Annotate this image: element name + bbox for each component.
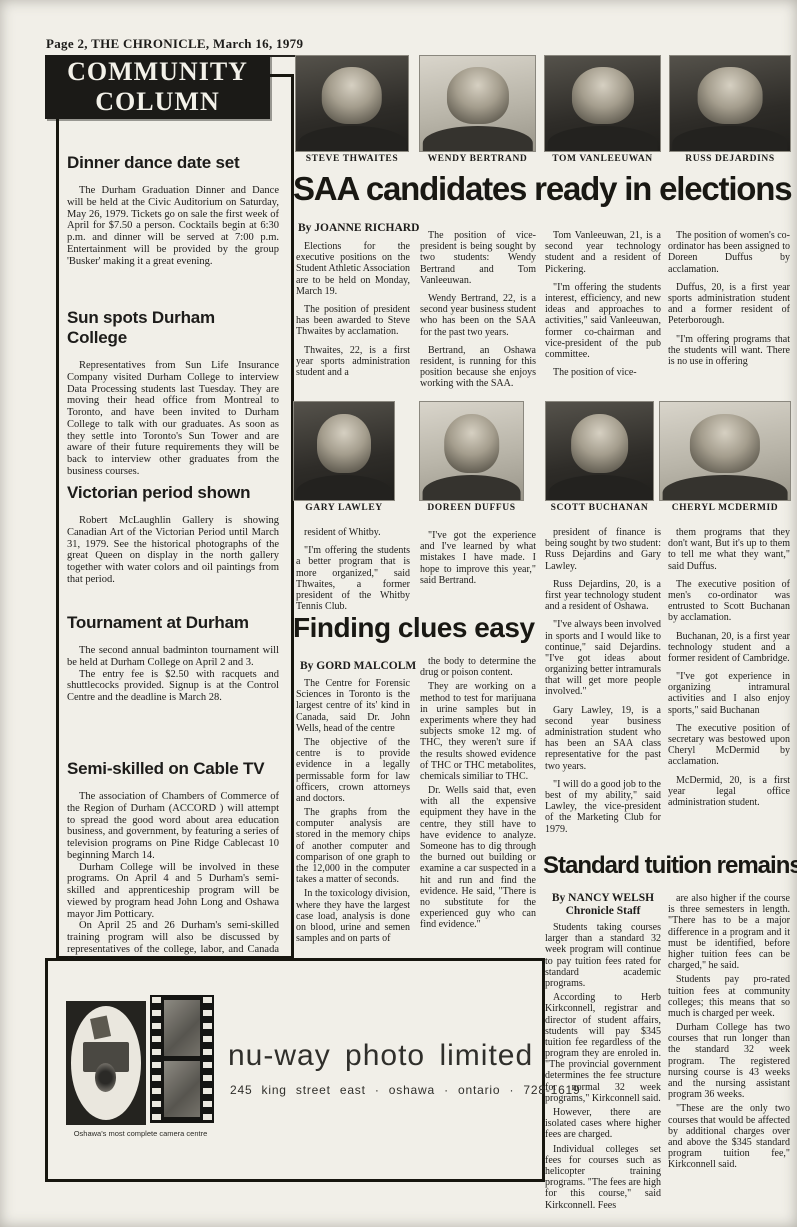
saa-col1-bottom: resident of Whitby."I'm offering the stu…: [296, 527, 410, 617]
filmstrip-icon: [150, 995, 214, 1123]
tuition-col1: Students taking courses larger than a st…: [545, 922, 661, 1218]
ad-address: 245 king street east · oshawa · ontario …: [230, 1083, 581, 1097]
filmstrip-frame: [164, 1061, 200, 1117]
article-semi-skilled: Semi-skilled on Cable TV The association…: [67, 759, 279, 967]
finding-clues-col2: the body to determine the drug or poison…: [420, 656, 536, 952]
photo-wendy-bertrand: WENDY BERTRAND: [420, 56, 535, 164]
photo-steve-thwaites: STEVE THWAITES: [296, 56, 408, 164]
saa-col2-bottom: "I've got the experience and I've learne…: [420, 530, 536, 610]
photo-caption: CHERYL MCDERMID: [660, 503, 790, 513]
article-body: The association of Chambers of Commerce …: [67, 791, 279, 967]
article-headline: Sun spots Durham College: [67, 308, 279, 348]
filmstrip-frame: [164, 1000, 200, 1056]
photo-caption: SCOTT BUCHANAN: [546, 503, 653, 513]
finding-clues-headline: Finding clues easy: [293, 612, 540, 644]
photo-gary-lawley: GARY LAWLEY: [294, 402, 394, 513]
photo-caption: RUSS DEJARDINS: [670, 154, 790, 164]
article-body: The Durham Graduation Dinner and Dance w…: [67, 185, 279, 267]
finding-clues-col1: The Centre for Forensic Sciences in Toro…: [296, 678, 410, 950]
article-victorian-period: Victorian period shown Robert McLaughlin…: [67, 483, 279, 586]
portrait-photo: [660, 402, 790, 500]
article-headline: Dinner dance date set: [67, 153, 279, 173]
article-sun-spots: Sun spots Durham College Representatives…: [67, 308, 279, 478]
photo-caption: STEVE THWAITES: [296, 154, 408, 164]
portrait-photo: [670, 56, 790, 151]
tuition-byline2: Chronicle Staff: [545, 905, 661, 917]
tuition-headline: Standard tuition remains: [543, 852, 795, 880]
article-headline: Semi-skilled on Cable TV: [67, 759, 279, 779]
finding-clues-byline: By GORD MALCOLM: [300, 660, 416, 672]
article-body: Robert McLaughlin Gallery is showing Can…: [67, 515, 279, 586]
camera-flash-icon: [90, 1016, 111, 1040]
community-column-box: Dinner dance date set The Durham Graduat…: [56, 74, 294, 959]
article-tournament: Tournament at Durham The second annual b…: [67, 613, 279, 704]
tuition-col2: are also higher if the course is three s…: [668, 893, 790, 1217]
article-headline: Victorian period shown: [67, 483, 279, 503]
portrait-photo: [546, 402, 653, 500]
portrait-photo: [420, 56, 535, 151]
saa-col1-top: Elections for the executive positions on…: [296, 241, 410, 399]
article-body: The second annual badminton tournament w…: [67, 645, 279, 704]
photo-doreen-duffus: DOREEN DUFFUS: [420, 402, 523, 513]
saa-col4-bottom: them programs that they don't want, But …: [668, 527, 790, 845]
ad-brand-name: nu-way photo limited: [228, 1039, 533, 1073]
saa-headline: SAA candidates ready in elections: [293, 170, 795, 208]
portrait-photo: [294, 402, 394, 500]
saa-byline: By JOANNE RICHARD: [298, 222, 419, 234]
article-headline: Tournament at Durham: [67, 613, 279, 633]
article-body: Representatives from Sun Life Insurance …: [67, 360, 279, 478]
newspaper-page: Page 2, THE CHRONICLE, March 16, 1979 Di…: [0, 0, 797, 1227]
nuway-ad-box: Oshawa's most complete camera centre nu-…: [45, 958, 545, 1182]
camera-oval-graphic: [71, 1006, 141, 1120]
tuition-byline: By NANCY WELSH: [545, 892, 661, 904]
saa-col3-top: Tom Vanleeuwan, 21, is a second year tec…: [545, 230, 661, 400]
photo-caption: DOREEN DUFFUS: [420, 503, 523, 513]
article-dinner-dance: Dinner dance date set The Durham Graduat…: [67, 153, 279, 267]
portrait-photo: [545, 56, 660, 151]
photo-caption: TOM VANLEEUWAN: [545, 154, 660, 164]
saa-col3-bottom: president of finance is being sought by …: [545, 527, 661, 847]
photo-cheryl-mcdermid: CHERYL MCDERMID: [660, 402, 790, 513]
photo-tom-vanleeuwan: TOM VANLEEUWAN: [545, 56, 660, 164]
community-column-title: COMMUNITY COLUMN: [45, 55, 270, 119]
portrait-photo: [296, 56, 408, 151]
portrait-photo: [420, 402, 523, 500]
masthead: Page 2, THE CHRONICLE, March 16, 1979: [46, 36, 313, 57]
photo-russ-dejardins: RUSS DEJARDINS: [670, 56, 790, 164]
ad-tagline: Oshawa's most complete camera centre: [58, 1129, 223, 1138]
camera-lens-icon: [95, 1063, 116, 1092]
camera-illustration: [66, 1001, 146, 1125]
saa-col2-top: The position of vice-president is being …: [420, 230, 536, 400]
photo-caption: WENDY BERTRAND: [420, 154, 535, 164]
saa-col4-top: The position of women's co-ordinator has…: [668, 230, 790, 400]
photo-scott-buchanan: SCOTT BUCHANAN: [546, 402, 653, 513]
photo-caption: GARY LAWLEY: [294, 503, 394, 513]
